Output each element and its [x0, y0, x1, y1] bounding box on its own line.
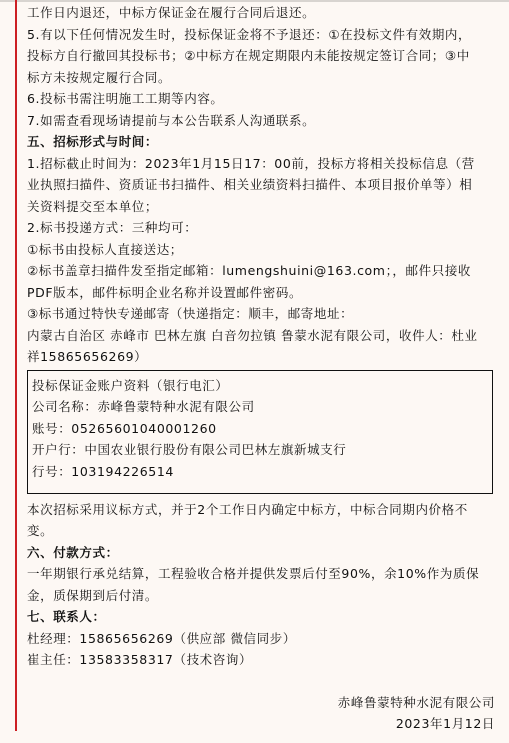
text-line: 一年期银行承兑结算，工程验收合格并提供发票后付至90%，余10%作为质保: [27, 563, 499, 585]
contact-line: 杜经理：15865656269（供应部 微信同步）: [27, 628, 499, 650]
bank-box-title: 投标保证金账户资料（银行电汇）: [32, 375, 492, 397]
company-name: 公司名称：赤峰鲁蒙特种水泥有限公司: [32, 396, 492, 418]
text-line: 本次招标采用议标方式，并于2个工作日内确定中标方，中标合同期内价格不: [27, 499, 499, 521]
signature-date: 2023年1月12日: [27, 713, 499, 735]
bank-account-box: 投标保证金账户资料（银行电汇） 公司名称：赤峰鲁蒙特种水泥有限公司 账号：052…: [27, 370, 493, 494]
spacer: [27, 671, 499, 692]
text-line: ①标书由投标人直接送达；: [27, 239, 499, 261]
text-line: 工作日内退还，中标方保证金在履行合同后退还。: [27, 2, 499, 24]
text-line: ③标书通过特快专递邮寄（快递指定：顺丰，邮寄地址：: [27, 303, 499, 325]
bank-code: 行号：103194226514: [32, 461, 492, 483]
section-heading-bidding-format: 五、招标形式与时间：: [27, 131, 499, 153]
section-heading-contacts: 七、联系人：: [27, 606, 499, 628]
section-heading-payment: 六、付款方式：: [27, 542, 499, 564]
text-line: 5.有以下任何情况发生时，投标保证金将不予退还：①在投标文件有效期内，: [27, 24, 499, 46]
text-line: 金，质保期到后付清。: [27, 585, 499, 607]
text-line: 投标方自行撤回其投标书；②中标方在规定期限内未能按规定签订合同；③中: [27, 45, 499, 67]
text-line: 变。: [27, 520, 499, 542]
signature-company: 赤峰鲁蒙特种水泥有限公司: [27, 692, 499, 714]
email-line: ②标书盖章扫描件发至指定邮箱：lumengshuini@163.com；，邮件只…: [27, 260, 499, 282]
text-line: 1.招标截止时间为：2023年1月15日17：00前，投标方将相关投标信息（营: [27, 153, 499, 175]
text-line: 业执照扫描件、资质证书扫描件、相关业绩资料扫描件、本项目报价单等）相: [27, 174, 499, 196]
text-line: 6.投标书需注明施工工期等内容。: [27, 88, 499, 110]
contact-line: 崔主任：13583358317（技术咨询）: [27, 649, 499, 671]
text-line: 2.标书投递方式：三种均可：: [27, 217, 499, 239]
text-line: 祥15865656269）: [27, 346, 499, 368]
text-line: 7.如需查看现场请提前与本公告联系人沟通联系。: [27, 110, 499, 132]
text-line: 关资料提交至本单位；: [27, 196, 499, 218]
text-line: PDF版本，邮件标明企业名称并设置邮件密码。: [27, 282, 499, 304]
text-line: 标方未按规定履行合同。: [27, 67, 499, 89]
bank-name: 开户行：中国农业银行股份有限公司巴林左旗新城支行: [32, 439, 492, 461]
left-accent-bar: [15, 0, 17, 731]
address-line: 内蒙古自治区 赤峰市 巴林左旗 白音勿拉镇 鲁蒙水泥有限公司，收件人：杜业: [27, 325, 499, 347]
account-number: 账号：05265601040001260: [32, 418, 492, 440]
announcement-body: 工作日内退还，中标方保证金在履行合同后退还。 5.有以下任何情况发生时，投标保证…: [27, 2, 499, 735]
